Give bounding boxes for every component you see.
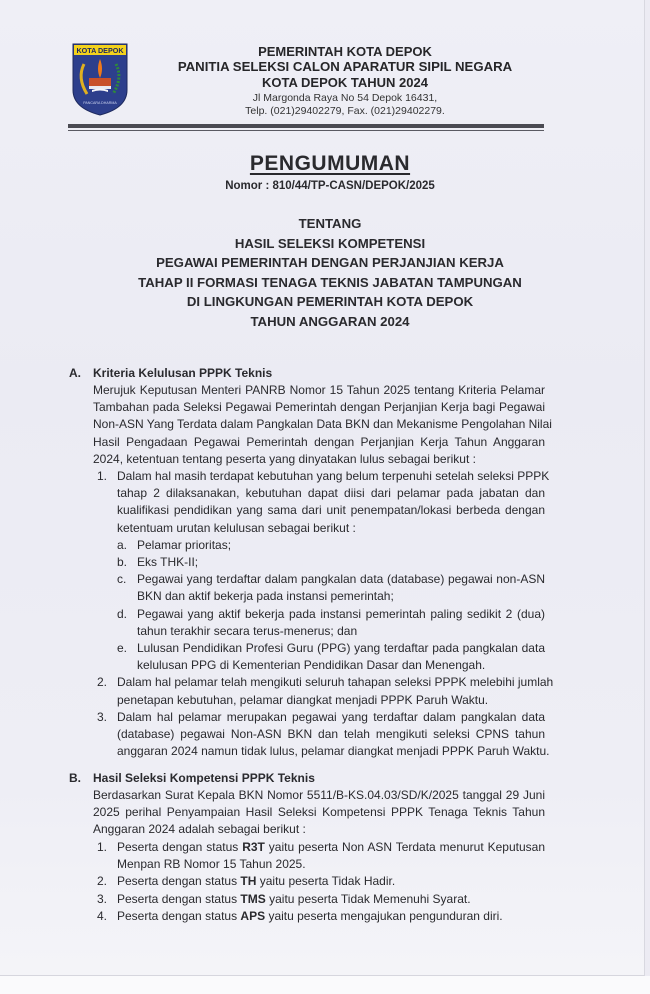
- text-line: Tambahan pada Seleksi Pegawai Pemerintah…: [93, 399, 545, 416]
- kota-depok-emblem-icon: KOTA DEPOK PANCARA DHARMA: [70, 42, 130, 117]
- sub-list-item: e. Lulusan Pendidikan Profesi Guru (PPG)…: [117, 640, 545, 674]
- item-letter: d.: [117, 606, 127, 623]
- list-item: 2. Dalam hal pelamar telah mengikuti sel…: [97, 674, 545, 708]
- document-number: Nomor : 810/44/TP-CASN/DEPOK/2025: [100, 180, 560, 192]
- letterhead-committee: PANITIA SELEKSI CALON APARATUR SIPIL NEG…: [130, 59, 560, 75]
- section-a-list: 1. Dalam hal masih terdapat kebutuhan ya…: [97, 468, 545, 760]
- subtitle-line: TENTANG: [100, 214, 560, 234]
- text-line: Dalam hal masih terdapat kebutuhan yang …: [117, 468, 545, 485]
- text-line: Non-ASN Yang Terdata dalam Pangkalan Dat…: [93, 416, 545, 433]
- list-item: 3. Dalam hal pelamar merupakan pegawai y…: [97, 709, 545, 761]
- document-title: PENGUMUMAN: [100, 152, 560, 176]
- subtitle-line: HASIL SELEKSI KOMPETENSI: [100, 234, 560, 254]
- item-number: 1.: [97, 839, 107, 856]
- text-prefix: Peserta dengan status: [117, 909, 240, 923]
- text-line: (database) pegawai Non-ASN BKN dan telah…: [117, 726, 545, 743]
- page-background: [0, 976, 650, 994]
- section-b-list: 1. Peserta dengan status R3T yaitu peser…: [97, 839, 545, 925]
- item-letter: b.: [117, 554, 127, 571]
- text-line: Peserta dengan status TH yaitu peserta T…: [117, 873, 545, 890]
- subtitle-line: TAHUN ANGGARAN 2024: [100, 312, 560, 332]
- sub-list-item: a. Pelamar prioritas;: [117, 537, 545, 554]
- document-page: KOTA DEPOK PANCARA DHARMA PEMERINTAH KOT…: [0, 0, 645, 976]
- letterhead-address: Jl Margonda Raya No 54 Depok 16431,: [130, 92, 560, 105]
- letterhead-city-year: KOTA DEPOK TAHUN 2024: [130, 75, 560, 91]
- item-number: 1.: [97, 468, 107, 485]
- text-line: tahap 2 dilaksanakan, kebutuhan dapat di…: [117, 485, 545, 502]
- list-item: 2. Peserta dengan status TH yaitu pesert…: [97, 873, 545, 890]
- text-prefix: Peserta dengan status: [117, 892, 240, 906]
- item-number: 3.: [97, 891, 107, 908]
- text-line: kelulusan PPG di Kementerian Pendidikan …: [137, 657, 545, 674]
- text-suffix: yaitu peserta Tidak Memenuhi Syarat.: [266, 892, 471, 906]
- text-line: anggaran 2024 namun tidak lulus, pelamar…: [117, 743, 545, 760]
- text-prefix: Peserta dengan status: [117, 874, 240, 888]
- text-line: Dalam hal pelamar telah mengikuti seluru…: [117, 674, 545, 691]
- section-title: Kriteria Kelulusan PPPK Teknis: [93, 366, 272, 380]
- section-b-heading: B.Hasil Seleksi Kompetensi PPPK Teknis: [69, 771, 315, 785]
- section-a-intro: Merujuk Keputusan Menteri PANRB Nomor 15…: [93, 382, 545, 468]
- text-line: Lulusan Pendidikan Profesi Guru (PPG) ya…: [137, 640, 545, 657]
- item-number: 2.: [97, 674, 107, 691]
- sub-list-item: d. Pegawai yang aktif bekerja pada insta…: [117, 606, 545, 640]
- item-number: 4.: [97, 908, 107, 925]
- section-letter: A.: [69, 366, 93, 380]
- section-letter: B.: [69, 771, 93, 785]
- status-code: TMS: [240, 892, 265, 906]
- status-code: R3T: [242, 840, 265, 854]
- list-item: 3. Peserta dengan status TMS yaitu peser…: [97, 891, 545, 908]
- text-line: Dalam hal pelamar merupakan pegawai yang…: [117, 709, 545, 726]
- text-line: Anggaran 2024 adalah sebagai berikut :: [93, 821, 545, 838]
- text-line: Pegawai yang terdaftar dalam pangkalan d…: [137, 571, 545, 588]
- text-line: 2025 perihal Penyampaian Hasil Seleksi K…: [93, 804, 545, 821]
- text-line: Peserta dengan status R3T yaitu peserta …: [117, 839, 545, 856]
- list-item: 4. Peserta dengan status APS yaitu peser…: [97, 908, 545, 925]
- text-line: BKN dan aktif bekerja pada instansi peme…: [137, 588, 545, 605]
- subtitle-line: DI LINGKUNGAN PEMERINTAH KOTA DEPOK: [100, 292, 560, 312]
- svg-text:PANCARA DHARMA: PANCARA DHARMA: [83, 101, 117, 105]
- text-line: Pegawai yang aktif bekerja pada instansi…: [137, 606, 545, 623]
- text-line: Peserta dengan status APS yaitu peserta …: [117, 908, 545, 925]
- section-b-intro: Berdasarkan Surat Kepala BKN Nomor 5511/…: [93, 787, 545, 839]
- text-line: Menpan RB Nomor 15 Tahun 2025.: [117, 856, 545, 873]
- list-item: 1. Dalam hal masih terdapat kebutuhan ya…: [97, 468, 545, 674]
- text-line: kualifikasi pendidikan yang sama dari un…: [117, 502, 545, 519]
- document-subtitle: TENTANG HASIL SELEKSI KOMPETENSI PEGAWAI…: [100, 214, 560, 331]
- text-suffix: yaitu peserta Non ASN Terdata menurut Ke…: [265, 840, 545, 854]
- text-line: Hasil Pengadaan Pegawai Pemerintah denga…: [93, 434, 545, 451]
- text-prefix: Peserta dengan status: [117, 840, 242, 854]
- subtitle-line: TAHAP II FORMASI TENAGA TEKNIS JABATAN T…: [100, 273, 560, 293]
- text-line: ketentuam urutan kelulusan sebagai berik…: [117, 520, 545, 537]
- item-number: 3.: [97, 709, 107, 726]
- text-suffix: yaitu peserta mengajukan pengunduran dir…: [265, 909, 503, 923]
- text-line: Pelamar prioritas;: [137, 537, 545, 554]
- text-suffix: yaitu peserta Tidak Hadir.: [256, 874, 395, 888]
- text-line: 2024, ketentuan tentang peserta yang din…: [93, 451, 545, 468]
- letterhead-government: PEMERINTAH KOTA DEPOK: [130, 44, 560, 60]
- svg-text:KOTA DEPOK: KOTA DEPOK: [76, 46, 124, 55]
- letterhead-contact: Telp. (021)29402279, Fax. (021)29402279.: [130, 105, 560, 118]
- text-line: Eks THK-II;: [137, 554, 545, 571]
- sub-list-item: b. Eks THK-II;: [117, 554, 545, 571]
- sub-list-item: c. Pegawai yang terdaftar dalam pangkala…: [117, 571, 545, 605]
- letterhead-divider-thin: [68, 130, 544, 131]
- section-title: Hasil Seleksi Kompetensi PPPK Teknis: [93, 771, 315, 785]
- item-number: 2.: [97, 873, 107, 890]
- item-letter: e.: [117, 640, 127, 657]
- text-line: penetapan kebutuhan, pelamar diangkat me…: [117, 692, 545, 709]
- text-line: Merujuk Keputusan Menteri PANRB Nomor 15…: [93, 382, 545, 399]
- letterhead-divider: [68, 124, 544, 128]
- subtitle-line: PEGAWAI PEMERINTAH DENGAN PERJANJIAN KER…: [100, 253, 560, 273]
- status-code: APS: [240, 909, 265, 923]
- item-letter: a.: [117, 537, 127, 554]
- text-line: Peserta dengan status TMS yaitu peserta …: [117, 891, 545, 908]
- status-code: TH: [240, 874, 256, 888]
- section-a-heading: A.Kriteria Kelulusan PPPK Teknis: [69, 366, 272, 380]
- list-item: 1. Peserta dengan status R3T yaitu peser…: [97, 839, 545, 873]
- text-line: Berdasarkan Surat Kepala BKN Nomor 5511/…: [93, 787, 545, 804]
- text-line: tahun terakhir secara terus-menerus; dan: [137, 623, 545, 640]
- item-letter: c.: [117, 571, 126, 588]
